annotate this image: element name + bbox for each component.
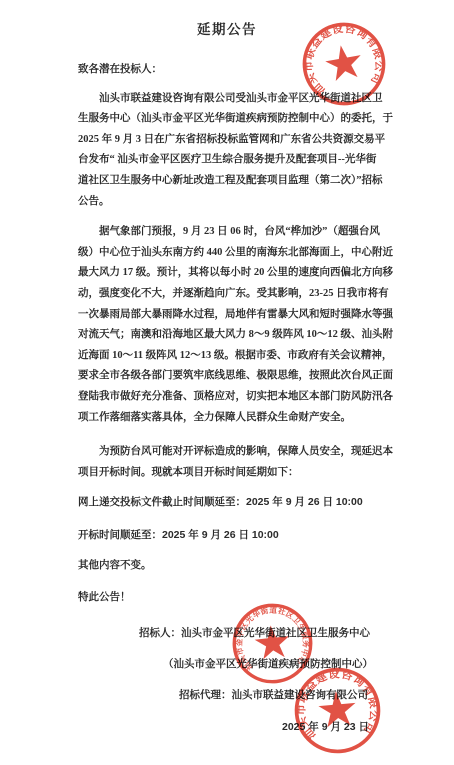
paragraph-line: 一次暴雨局部大暴雨降水过程，局地伴有雷暴大风和短时强降水等强 (78, 305, 398, 326)
salutation-line: 致各潜在投标人： (78, 60, 398, 81)
paragraph-line: 道社区卫生服务中心新址改造工程及配套项目监理（第二次）”招标 (78, 171, 398, 192)
paragraph-line: 对流天气；南澳和沿海地区最大风力 8～9 级阵风 10～12 级、汕头附 (78, 325, 398, 346)
paragraph-line: 生服务中心（汕头市金平区光华街道疾病预防控制中心）的委托，于 (78, 109, 398, 130)
paragraph-line: 项目开标时间。现就本项目开标时间延期如下： (78, 463, 398, 484)
paragraph-line: 最大风力 17 级。预计，其将以每小时 20 公里的速度向西偏北方向移 (78, 263, 398, 284)
paragraph-line: 汕头市联益建设咨询有限公司受汕头市金平区光华街道社区卫 (78, 89, 398, 110)
paragraph-line: 要求全市各级各部门要筑牢底线思维、极限思维，按照此次台风正面 (78, 366, 398, 387)
announcement-page: 延期公告 致各潜在投标人： 汕头市联益建设咨询有限公司受汕头市金平区光华街道社区… (0, 0, 454, 765)
paragraph-line: 级）中心位于汕头东南方约 440 公里的南海东北部海面上，中心附近 (78, 243, 398, 264)
submission-deadline-line: 网上递交投标文件截止时间顺延至：2025 年 9 月 26 日 10:00 (78, 492, 398, 513)
signature-agent: 招标代理：汕头市联益建设咨询有限公司 (78, 686, 398, 707)
paragraph-line: 据气象部门预报，9 月 23 日 06 时，台风“桦加沙”（超强台风 (78, 222, 398, 243)
signature-tenderer-alias: （汕头市金平区光华街道疾病预防控制中心） (78, 655, 398, 676)
bid-opening-time-line: 开标时间顺延至：2025 年 9 月 26 日 10:00 (78, 525, 398, 546)
paragraph-delay-reason: 为预防台风可能对开评标造成的影响，保障人员安全，现延迟本 项目开标时间。现就本项… (78, 442, 398, 483)
paragraph-commission: 汕头市联益建设咨询有限公司受汕头市金平区光华街道社区卫 生服务中心（汕头市金平区… (78, 89, 398, 213)
paragraph-line: 公告。 (78, 192, 398, 213)
paragraph-line: 登陆我市做好充分准备、顶格应对，切实把本地区本部门防风防汛各 (78, 387, 398, 408)
paragraph-line: 为预防台风可能对开评标造成的影响，保障人员安全，现延迟本 (78, 442, 398, 463)
page-title: 延期公告 (78, 22, 376, 38)
paragraph-line: 项工作落细落实落具体，全力保障人民群众生命财产安全。 (78, 408, 398, 429)
unchanged-content-line: 其他内容不变。 (78, 556, 398, 577)
notice-line: 特此公告！ (78, 588, 398, 609)
paragraph-line: 台发布“ 汕头市金平区医疗卫生综合服务提升及配套项目--光华街 (78, 150, 398, 171)
paragraph-typhoon: 据气象部门预报，9 月 23 日 06 时，台风“桦加沙”（超强台风 级）中心位… (78, 222, 398, 428)
paragraph-line: 2025 年 9 月 3 日在广东省招标投标监管网和广东省公共资源交易平 (78, 130, 398, 151)
paragraph-line: 动，强度变化不大，并逐渐趋向广东。受其影响，23-25 日我市将有 (78, 284, 398, 305)
signature-date: 2025 年 9 月 23 日 (78, 717, 398, 738)
paragraph-line: 近海面 10～11 级阵风 12～13 级。根据市委、市政府有关会议精神， (78, 346, 398, 367)
document-content: 延期公告 致各潜在投标人： 汕头市联益建设咨询有限公司受汕头市金平区光华街道社区… (0, 0, 398, 738)
signature-tenderer: 招标人：汕头市金平区光华街道社区卫生服务中心 (78, 624, 398, 645)
